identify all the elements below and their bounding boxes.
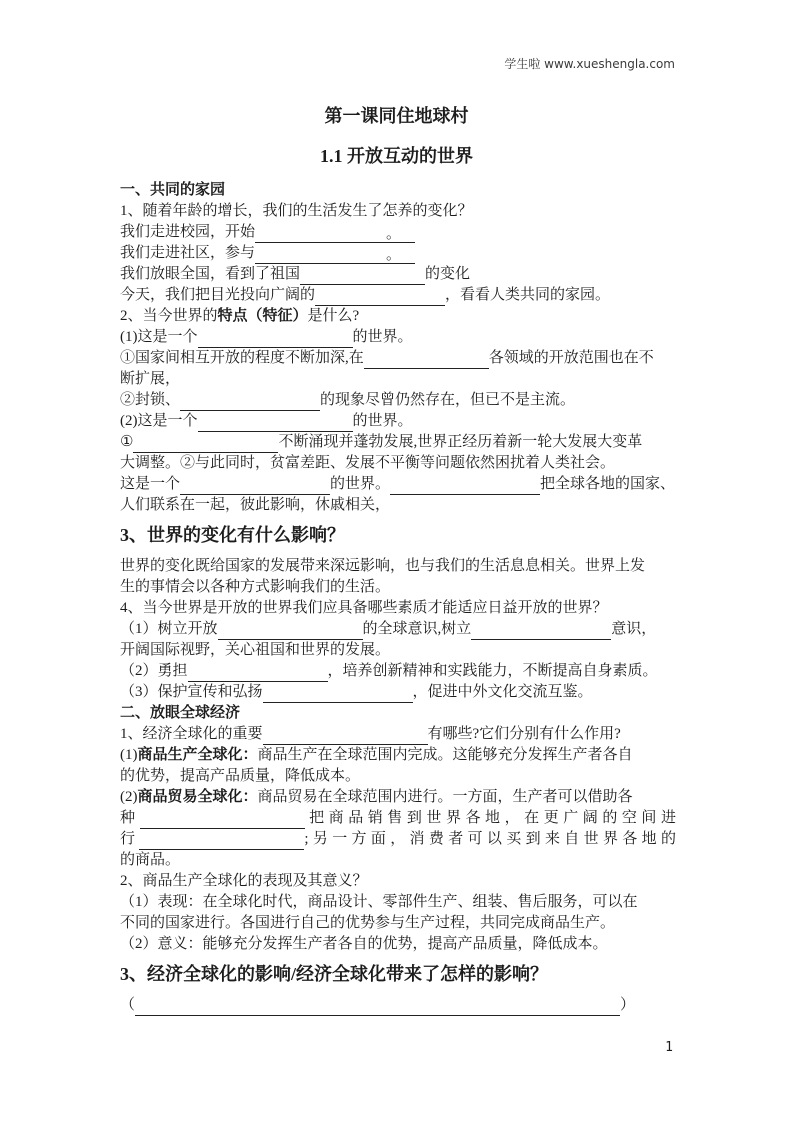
text-segment: 把商品销售到世界各地，在更广阔的空间进 [305, 810, 676, 826]
text-segment: 1、随着年龄的增长，我们的生活发生了怎养的变化？ [120, 203, 473, 219]
text-segment: 的变化 [425, 266, 470, 282]
site-watermark: 学生啦 www.xueshengla.com [504, 55, 675, 72]
text-segment: 的世界。 [353, 413, 413, 429]
fill-in-blank: 。 [255, 226, 415, 243]
text-segment: 世界的变化既给国家的发展带来深远影响，也与我们的生活息息相关。世界上发 [120, 558, 645, 574]
fill-in-blank [263, 686, 413, 703]
fill-in-blank: 。 [255, 247, 415, 264]
text-line: 4、当今世界是开放的世界我们应具备哪些素质才能适应日益开放的世界？ [120, 598, 676, 619]
fill-in-blank [140, 812, 305, 829]
text-segment: (2)这是一个 [120, 413, 198, 429]
text-line: (1)这是一个的世界。 [120, 327, 676, 348]
text-line: ②封锁、的现象尽曾仍然存在，但已不是主流。 [120, 390, 676, 411]
text-line: 生的事情会以各种方式影响我们的生活。 [120, 577, 676, 598]
text-segment: 1、经济全球化的重要 [120, 726, 263, 742]
text-line: （1）表现：在全球化时代，商品设计、零部件生产、组装、售后服务，可以在 [120, 892, 676, 913]
text-segment: 各领域的开放范围也在不 [489, 350, 654, 366]
text-segment: （2）勇担 [120, 663, 188, 679]
fill-in-blank [364, 352, 489, 369]
text-segment: 有哪些?它们分别有什么作用? [428, 726, 621, 742]
text-line: 人们联系在一起，彼此影响，休戚相关， [120, 495, 676, 516]
text-line: 一、共同的家园 [120, 180, 676, 201]
document-lines: 一、共同的家园1、随着年龄的增长，我们的生活发生了怎养的变化？我们走进校园，开始… [120, 180, 676, 1016]
text-segment: 开阔国际视野，关心祖国和世界的发展。 [120, 642, 390, 658]
text-segment: ① [120, 434, 133, 450]
fill-in-blank [390, 478, 540, 495]
text-segment: ①国家间相互开放的程度不断加深,在 [120, 350, 364, 366]
text-segment: 种 [120, 810, 140, 826]
text-line: （2）意义：能够充分发挥生产者各自的优势，提高产品质量，降低成本。 [120, 934, 676, 955]
text-line: 开阔国际视野，关心祖国和世界的发展。 [120, 640, 676, 661]
text-segment: ，促进中外文化交流互鉴。 [413, 684, 593, 700]
text-segment: 一、共同的家园 [120, 182, 225, 198]
text-segment: （ [120, 997, 135, 1013]
text-segment: 商品贸易全球化： [138, 789, 258, 805]
text-segment: 的全球意识,树立 [363, 621, 472, 637]
text-segment: ，培养创新精神和实践能力，不断提高自身素质。 [328, 663, 658, 679]
text-segment: 商品生产全球化： [138, 747, 258, 763]
text-line: 不同的国家进行。各国进行自己的优势参与生产过程，共同完成商品生产。 [120, 913, 676, 934]
text-segment: ;另一方面，消费者可以买到来自世界各地的 [304, 831, 676, 847]
text-segment: 行 [120, 831, 139, 847]
text-segment: (1) [120, 747, 138, 763]
fill-in-blank [198, 331, 353, 348]
text-line: 2、商品生产全球化的表现及其意义？ [120, 871, 676, 892]
text-line: ①国家间相互开放的程度不断加深,在各领域的开放范围也在不 [120, 348, 676, 369]
fill-in-blank [180, 478, 330, 495]
text-segment: ） [620, 997, 635, 1013]
text-segment: 二、放眼全球经济 [120, 705, 240, 721]
text-line: 种把商品销售到世界各地，在更广阔的空间进 [120, 808, 676, 829]
page-number: 1 [665, 1040, 673, 1055]
text-line: 我们走进社区，参与。 [120, 243, 676, 264]
fill-in-blank [135, 999, 620, 1016]
text-segment: 意识， [611, 621, 656, 637]
text-line: 2、当今世界的特点（特征）是什么? [120, 306, 676, 327]
text-segment: ，看看人类共同的家园。 [445, 287, 610, 303]
text-line: 世界的变化既给国家的发展带来深远影响，也与我们的生活息息相关。世界上发 [120, 556, 676, 577]
text-segment: 把全球各地的国家、 [540, 476, 675, 492]
text-segment: 3、世界的变化有什么影响？ [120, 525, 345, 545]
text-line: 行;另一方面，消费者可以买到来自世界各地的 [120, 829, 676, 850]
fill-in-blank [188, 665, 328, 682]
text-segment: 的世界。 [353, 329, 413, 345]
text-line: （1）树立开放的全球意识,树立意识， [120, 619, 676, 640]
text-line: （3）保护宣传和弘扬，促进中外文化交流互鉴。 [120, 682, 676, 703]
text-line: (1)商品生产全球化：商品生产在全球范围内完成。这能够充分发挥生产者各自 [120, 745, 676, 766]
text-segment: 今天，我们把目光投向广阔的 [120, 287, 315, 303]
text-segment: 的现象尽曾仍然存在，但已不是主流。 [320, 392, 575, 408]
text-line: 的优势，提高产品质量，降低成本。 [120, 766, 676, 787]
text-segment: ②封锁、 [120, 392, 180, 408]
fill-in-blank [471, 623, 611, 640]
fill-in-blank [218, 623, 363, 640]
text-segment: 我们走进社区，参与 [120, 245, 255, 261]
text-segment: 我们走进校园，开始 [120, 224, 255, 240]
text-segment: 人们联系在一起，彼此影响，休戚相关， [120, 497, 390, 513]
text-line: （） [120, 995, 676, 1016]
lesson-title: 第一课同住地球村 [0, 102, 793, 128]
text-line: 大调整。②与此同时，贫富差距、发展不平衡等问题依然困扰着人类社会。 [120, 453, 676, 474]
text-segment: (1)这是一个 [120, 329, 198, 345]
section-subtitle: 1.1 开放互动的世界 [0, 142, 793, 168]
text-line: 的商品。 [120, 850, 676, 871]
text-segment: 我们放眼全国，看到了祖国 [120, 266, 300, 282]
text-segment: 是什么? [308, 308, 360, 324]
text-line: （2）勇担，培养创新精神和实践能力，不断提高自身素质。 [120, 661, 676, 682]
text-segment: 2、商品生产全球化的表现及其意义？ [120, 873, 368, 889]
text-segment: 的世界。 [330, 476, 390, 492]
text-line: 1、随着年龄的增长，我们的生活发生了怎养的变化？ [120, 201, 676, 222]
text-segment: 这是一个 [120, 476, 180, 492]
fill-in-blank [198, 415, 353, 432]
text-segment: （2）意义：能够充分发挥生产者各自的优势，提高产品质量，降低成本。 [120, 936, 608, 952]
text-segment: 2、当今世界的 [120, 308, 218, 324]
text-segment: 商品生产在全球范围内完成。这能够充分发挥生产者各自 [258, 747, 633, 763]
worksheet-page: 学生啦 www.xueshengla.com 第一课同住地球村 1.1 开放互动… [0, 0, 793, 1122]
question-heading: 3、经济全球化的影响/经济全球化带来了怎样的影响？ [120, 961, 676, 987]
text-segment: （3）保护宣传和弘扬 [120, 684, 263, 700]
text-segment: 不同的国家进行。各国进行自己的优势参与生产过程，共同完成商品生产。 [120, 915, 615, 931]
text-line: ①不断涌现并蓬勃发展,世界正经历着新一轮大发展大变革 [120, 432, 676, 453]
text-segment: 4、当今世界是开放的世界我们应具备哪些素质才能适应日益开放的世界？ [120, 600, 608, 616]
text-segment: （1）表现：在全球化时代，商品设计、零部件生产、组装、售后服务，可以在 [120, 894, 638, 910]
text-line: 1、经济全球化的重要有哪些?它们分别有什么作用? [120, 724, 676, 745]
text-segment: 大调整。②与此同时，贫富差距、发展不平衡等问题依然困扰着人类社会。 [120, 455, 615, 471]
text-segment: 特点（特征） [218, 308, 308, 324]
text-segment: 不断涌现并蓬勃发展,世界正经历着新一轮大发展大变革 [278, 434, 642, 450]
text-segment: 的优势，提高产品质量，降低成本。 [120, 768, 360, 784]
text-segment: 商品贸易在全球范围内进行。一方面，生产者可以借助各 [258, 789, 633, 805]
text-line: 二、放眼全球经济 [120, 703, 676, 724]
text-line: 断扩展， [120, 369, 676, 390]
fill-in-blank [180, 394, 320, 411]
fill-in-blank [315, 289, 445, 306]
text-line: 我们放眼全国，看到了祖国的变化 [120, 264, 676, 285]
fill-in-blank [300, 268, 425, 285]
text-segment: 断扩展， [120, 371, 180, 387]
text-line: 今天，我们把目光投向广阔的，看看人类共同的家园。 [120, 285, 676, 306]
text-segment: 生的事情会以各种方式影响我们的生活。 [120, 579, 390, 595]
fill-in-blank [139, 833, 304, 850]
question-heading: 3、世界的变化有什么影响？ [120, 522, 676, 548]
text-segment: (2) [120, 789, 138, 805]
text-segment: 的商品。 [120, 852, 180, 868]
text-segment: 3、经济全球化的影响/经济全球化带来了怎样的影响？ [120, 964, 548, 984]
fill-in-blank [133, 436, 278, 453]
fill-in-blank [263, 728, 428, 745]
text-line: (2)这是一个的世界。 [120, 411, 676, 432]
text-line: 这是一个的世界。把全球各地的国家、 [120, 474, 676, 495]
text-line: 我们走进校园，开始。 [120, 222, 676, 243]
text-segment: （1）树立开放 [120, 621, 218, 637]
text-line: (2)商品贸易全球化：商品贸易在全球范围内进行。一方面，生产者可以借助各 [120, 787, 676, 808]
